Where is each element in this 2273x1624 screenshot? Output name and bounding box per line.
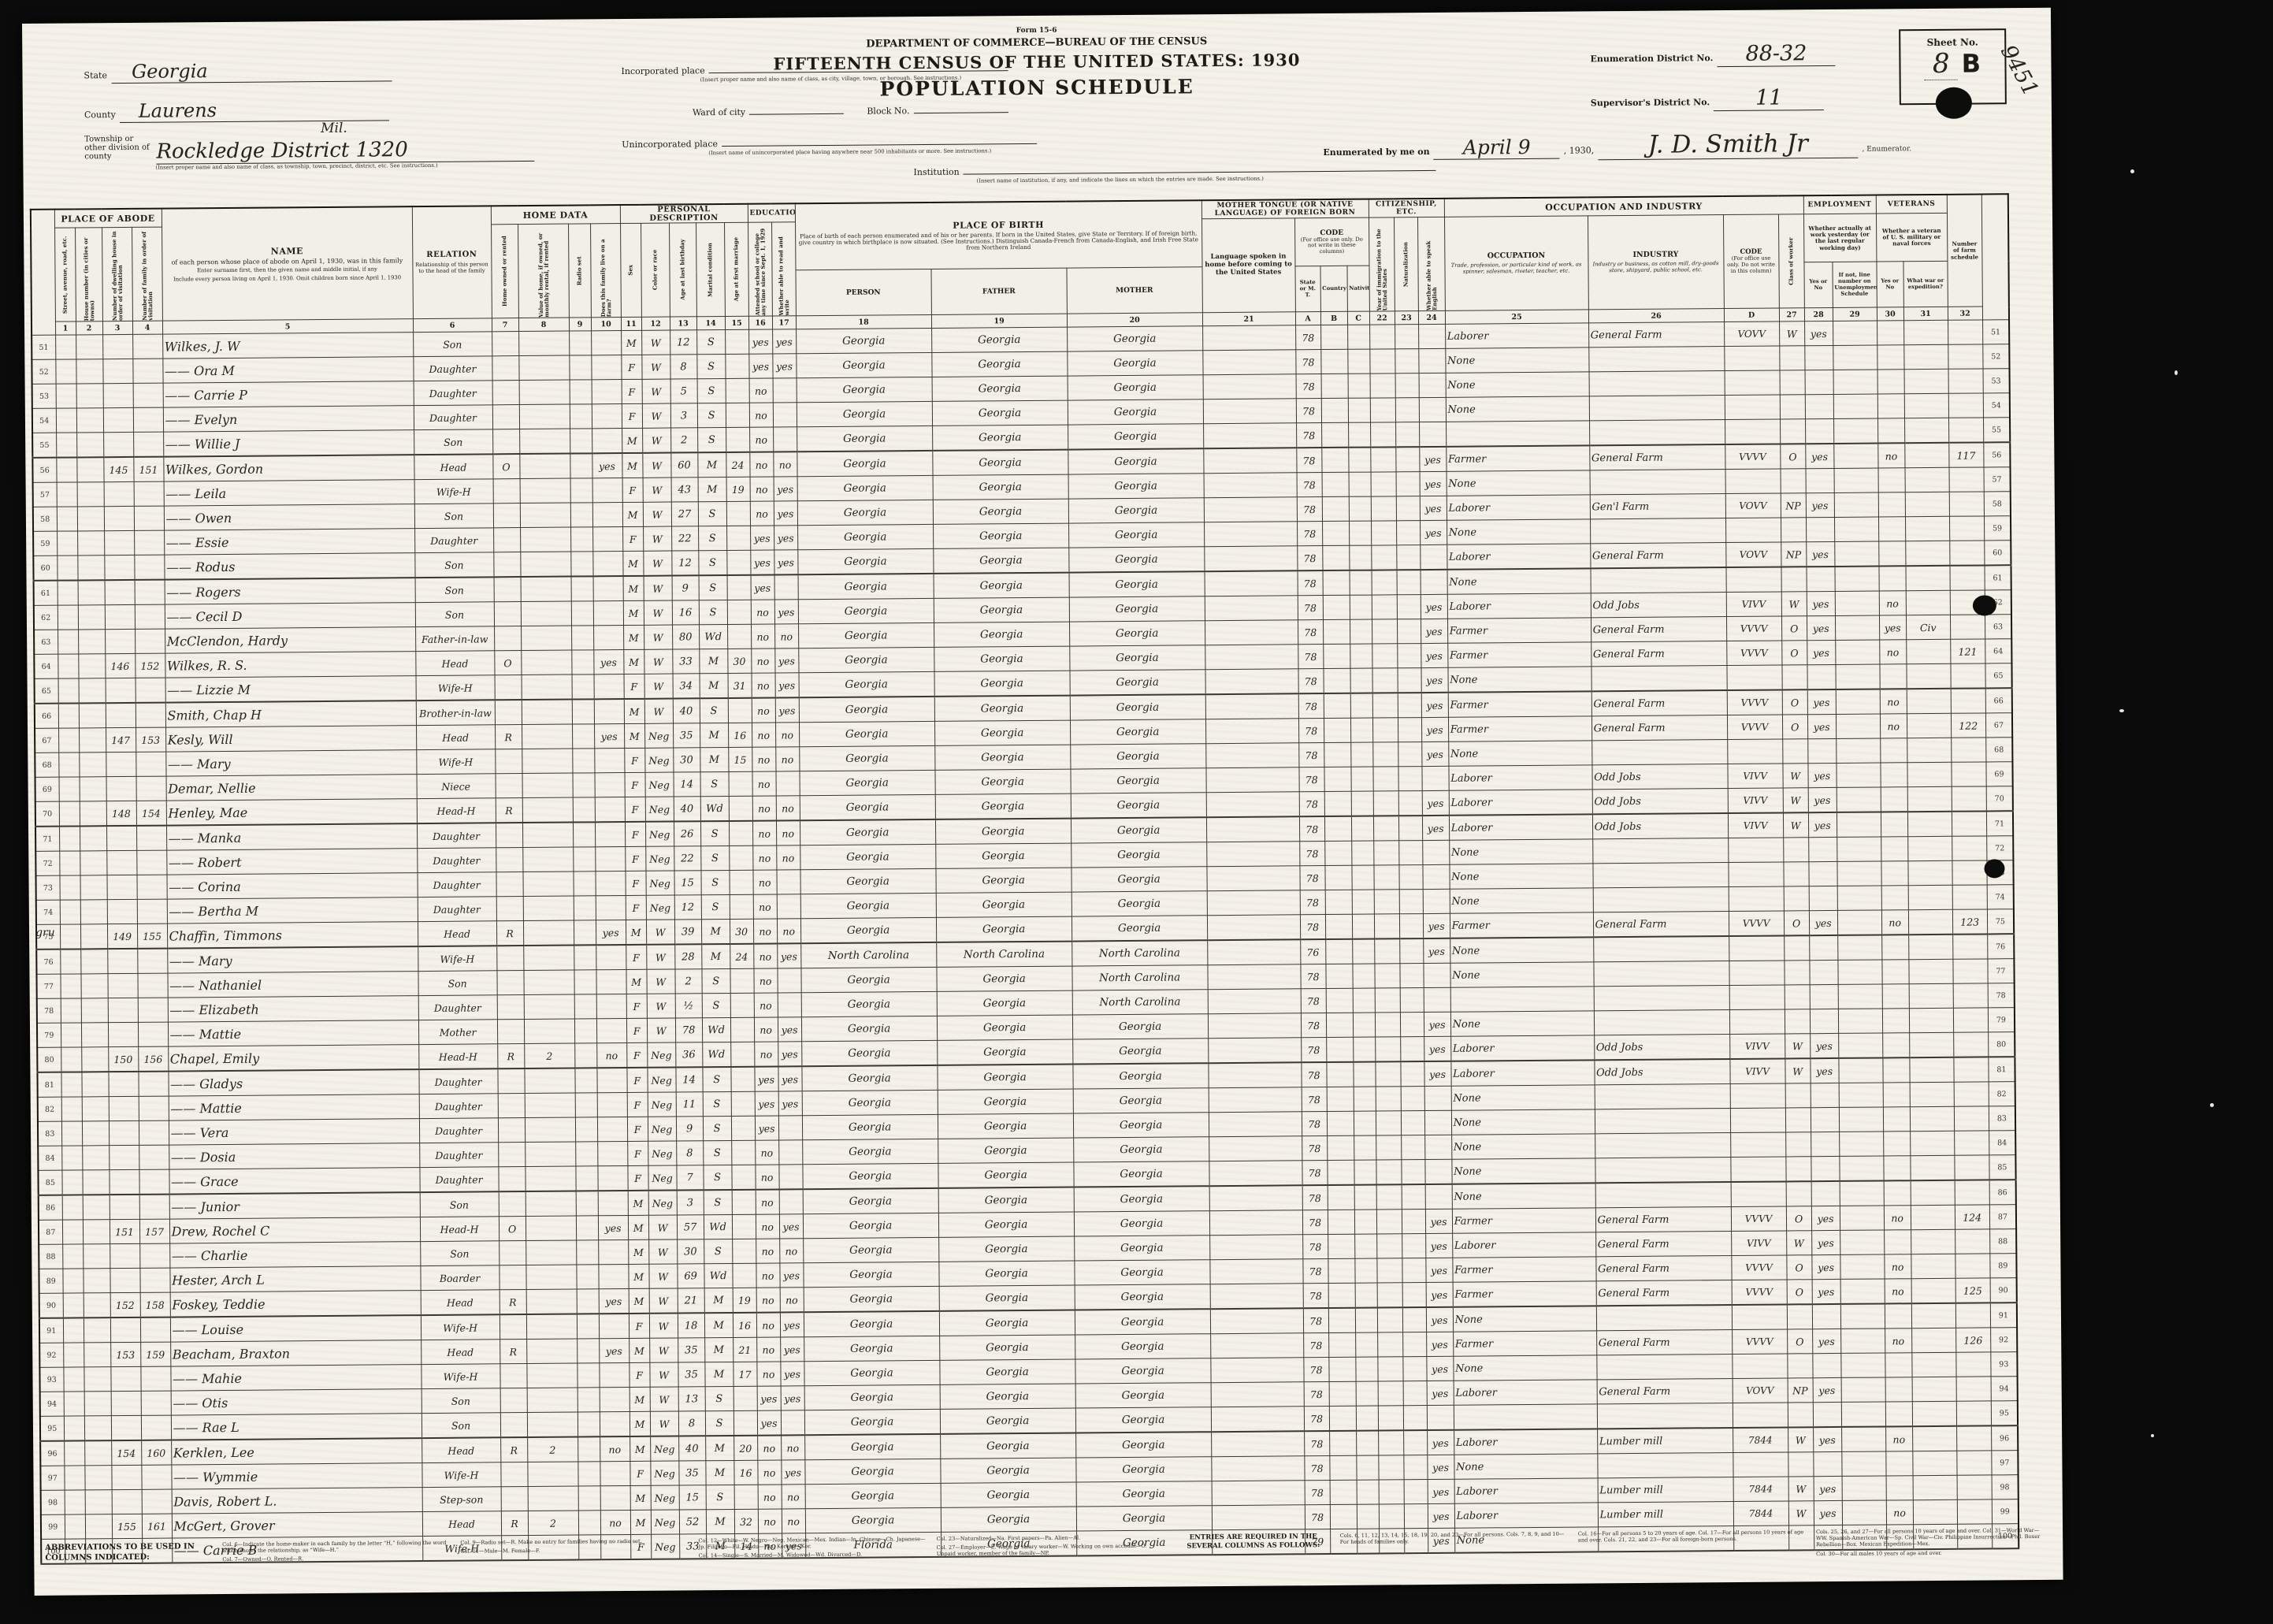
footer-block: Col. 9—Radio set—R. Make no entry for fa…	[460, 1537, 690, 1555]
cell-p20: Georgia	[1067, 326, 1202, 351]
cell-nm: Smith, Chap H	[165, 701, 416, 727]
cell-sx: M	[622, 428, 642, 453]
cell-cr: W	[648, 1264, 677, 1288]
cell-oc: None	[1450, 1011, 1594, 1036]
cell-cB	[1327, 1087, 1354, 1111]
cell-w27	[1779, 346, 1804, 370]
sheet-label: Sheet No.	[1900, 36, 2004, 48]
cell-sx: F	[629, 1314, 649, 1339]
cell-f32	[1952, 762, 1986, 786]
cell-cA: 78	[1302, 1235, 1328, 1259]
cell-w27	[1780, 419, 1805, 444]
column-number: C	[1347, 311, 1369, 325]
cell-w31	[1907, 738, 1951, 762]
cell-p19: Georgia	[935, 793, 1071, 819]
column-number: 27	[1779, 308, 1804, 321]
cell-s16: no	[751, 600, 774, 624]
cell-nm: Chapel, Emily	[168, 1045, 418, 1072]
cell-t21	[1210, 1358, 1303, 1383]
cell-v30	[1882, 960, 1909, 984]
cell-w31	[1904, 443, 1948, 468]
cell-am: 24	[726, 452, 749, 478]
cell-cC	[1355, 1283, 1377, 1308]
cell-f10: yes	[593, 650, 623, 674]
column-number: 29	[1833, 307, 1877, 321]
cell-v8: 2	[527, 1437, 578, 1462]
cell-oc: Farmer	[1447, 618, 1591, 643]
cell-s16: yes	[754, 1067, 778, 1092]
cell-n23	[1398, 816, 1422, 841]
cell-cB	[1329, 1381, 1356, 1406]
institution-line: Institution (Insert name of institution,…	[913, 158, 1512, 184]
cell-sx: M	[630, 1510, 651, 1534]
cell-v8	[522, 749, 572, 774]
cell-p20: Georgia	[1069, 596, 1205, 622]
cell-am	[731, 1165, 755, 1190]
cell-f10	[591, 331, 621, 355]
cell-p20: Georgia	[1068, 498, 1204, 523]
cell-ms: M	[704, 1313, 733, 1338]
cell-c2	[80, 801, 106, 827]
cell-o7	[499, 1241, 526, 1265]
cell-v8	[527, 1462, 578, 1487]
cell-n23	[1401, 1111, 1424, 1135]
cell-c4: 161	[142, 1514, 172, 1538]
cell-cr: W	[642, 403, 670, 428]
cell-p20: Georgia	[1076, 1506, 1212, 1531]
cell-ag: 15	[674, 871, 701, 895]
cell-c4: 153	[136, 727, 165, 752]
cell-r9	[574, 1019, 596, 1043]
cell-cr: W	[643, 551, 671, 576]
cell-am: 16	[734, 1460, 757, 1485]
cell-ms: S	[702, 1067, 730, 1092]
ward-block-line: Ward of city Block No.	[693, 101, 1008, 118]
cell-f32	[1948, 344, 1982, 369]
cell-v30	[1877, 418, 1904, 444]
line-number: 70	[35, 801, 59, 827]
cell-ms: Wd	[702, 1017, 730, 1042]
cell-t21	[1205, 743, 1298, 768]
cell-e24: yes	[1420, 496, 1447, 520]
enumerated-label: Enumerated by me on	[1323, 147, 1429, 158]
cell-sx: F	[622, 403, 642, 428]
cell-w27: W	[1785, 1058, 1810, 1083]
cell-c4: 152	[135, 653, 165, 678]
cell-c2	[81, 1023, 108, 1047]
cell-f10: yes	[598, 1216, 628, 1240]
cell-u29	[1839, 1107, 1883, 1132]
cell-ag: 8	[678, 1411, 705, 1436]
cell-oc: Laborer	[1450, 1060, 1594, 1086]
cell-e28: yes	[1806, 541, 1834, 567]
cell-p19: Georgia	[938, 1089, 1073, 1114]
cell-t21	[1211, 1431, 1304, 1456]
line-number: 53	[1983, 369, 2010, 393]
cell-v8	[519, 429, 570, 454]
cell-am	[734, 1485, 758, 1509]
line-number: 77	[1988, 959, 2015, 983]
cell-p19: Georgia	[932, 450, 1068, 476]
cell-e24	[1427, 1405, 1454, 1430]
cell-ag: 27	[671, 502, 698, 526]
cell-e28: yes	[1813, 1427, 1841, 1452]
cell-s16: yes	[757, 1410, 781, 1436]
cell-cB	[1320, 349, 1347, 373]
cell-p20: Georgia	[1074, 1236, 1209, 1261]
cell-e28	[1807, 664, 1836, 689]
cell-ms: S	[700, 771, 729, 796]
cell-c4	[136, 678, 165, 703]
cell-nm: —— Mahie	[170, 1365, 421, 1391]
cell-u29	[1836, 738, 1880, 763]
line-number: 67	[1985, 713, 2012, 738]
cell-o7	[492, 356, 518, 381]
cell-p19: Georgia	[937, 990, 1072, 1016]
cell-nm: —— Ora M	[162, 357, 413, 383]
cell-ms: S	[699, 575, 727, 600]
cell-u29	[1833, 321, 1877, 345]
cell-p19: Georgia	[932, 400, 1068, 426]
cell-p19: Georgia	[933, 523, 1068, 548]
cell-cB	[1325, 914, 1352, 939]
veterans-note-header: Whether a veteran of U. S. military or n…	[1876, 213, 1947, 262]
cell-c1	[57, 507, 77, 531]
cell-sx: F	[626, 895, 646, 920]
col15-header: Age at first marriage	[724, 222, 748, 316]
cell-c4	[137, 899, 167, 923]
cell-w31	[1912, 1377, 1956, 1401]
cell-u29	[1834, 468, 1878, 492]
cell-in: Odd Jobs	[1594, 1035, 1729, 1061]
cell-u29	[1839, 1083, 1883, 1107]
cell-rw: no	[773, 452, 797, 477]
scan-speck	[2175, 370, 2178, 375]
col31-header: What war or expedition?	[1903, 262, 1948, 307]
cell-cA: 78	[1302, 1087, 1327, 1112]
line-number: 83	[1989, 1106, 2015, 1131]
cell-cA: 78	[1302, 1112, 1327, 1136]
cell-v8	[522, 674, 572, 700]
cell-w31	[1907, 812, 1952, 837]
cell-u29	[1837, 886, 1881, 910]
cell-t21	[1209, 1062, 1302, 1087]
cell-r9	[574, 871, 596, 896]
cell-ag: 35	[678, 1461, 705, 1485]
cell-p20: Georgia	[1072, 916, 1207, 942]
cell-f10: yes	[592, 453, 622, 478]
cell-u29	[1841, 1451, 1885, 1476]
cell-f10	[595, 773, 625, 797]
cell-sx: F	[622, 379, 642, 403]
cell-ms: M	[706, 1509, 734, 1533]
cell-c3	[110, 1268, 139, 1292]
cell-f32: 124	[1955, 1205, 1989, 1229]
cell-c2	[84, 1466, 111, 1490]
cell-i22	[1372, 668, 1398, 693]
cell-rel: Niece	[417, 774, 496, 799]
cell-o7: R	[500, 1290, 526, 1315]
cell-cr: Neg	[645, 822, 674, 847]
cell-w31	[1910, 1131, 1954, 1155]
cell-sx: M	[630, 1485, 651, 1510]
cell-s16: yes	[751, 575, 774, 600]
cell-n23	[1396, 496, 1420, 521]
cell-cr: Neg	[645, 846, 674, 871]
cell-i22	[1375, 988, 1400, 1013]
cell-rel: Head	[422, 1511, 501, 1537]
cell-oc: Laborer	[1449, 765, 1592, 790]
cell-s16: no	[753, 919, 777, 944]
cell-p19: Georgia	[933, 474, 1068, 500]
cell-c3	[106, 703, 136, 728]
cell-w27: NP	[1781, 493, 1806, 518]
cell-i22	[1375, 1061, 1400, 1087]
cell-w31	[1913, 1500, 1957, 1524]
cell-p20: Georgia	[1074, 1260, 1209, 1285]
cell-cD	[1732, 1354, 1787, 1379]
cell-u29	[1836, 664, 1880, 689]
cell-w27	[1780, 395, 1805, 419]
cell-e28	[1805, 370, 1833, 394]
cell-w27: W	[1779, 321, 1804, 346]
cell-cA: 78	[1298, 620, 1323, 645]
cell-w31	[1909, 959, 1953, 983]
census-sheet: Form 15-6 DEPARTMENT OF COMMERCE—BUREAU …	[22, 8, 2063, 1596]
cell-nm: —— Cecil D	[165, 603, 415, 629]
cell-c3	[111, 1391, 141, 1415]
cell-cC	[1353, 1013, 1375, 1037]
cell-in	[1595, 1133, 1730, 1158]
line-number: 76	[36, 950, 60, 975]
cell-am	[727, 600, 751, 624]
cell-n23	[1400, 988, 1424, 1013]
line-number: 52	[1982, 344, 2009, 369]
cell-c4: 160	[141, 1440, 171, 1466]
cell-p20: Georgia	[1067, 351, 1202, 376]
cell-cD	[1725, 469, 1781, 494]
cell-ms: M	[698, 477, 726, 501]
cell-ms: S	[703, 1091, 731, 1116]
cell-w31	[1907, 836, 1952, 860]
line-number: 78	[37, 998, 61, 1023]
cell-n23	[1398, 791, 1422, 816]
cell-ag: 14	[674, 772, 700, 797]
cell-c3: 151	[110, 1219, 139, 1243]
cell-nm: —— Wymmie	[171, 1463, 422, 1489]
col21-header: Language spoken in home before coming to…	[1201, 218, 1295, 313]
cell-c1	[58, 630, 78, 654]
cell-n23	[1403, 1430, 1427, 1455]
col1-header: Street, avenue, road, etc.	[54, 228, 76, 321]
cell-cA: 78	[1297, 473, 1322, 497]
line-number: 91	[1990, 1303, 2017, 1328]
cell-i22	[1374, 865, 1399, 890]
cell-p18: Georgia	[804, 1409, 940, 1435]
cell-ms: M	[704, 1362, 733, 1386]
cell-p19: Georgia	[937, 1039, 1072, 1065]
cell-i22	[1372, 693, 1398, 718]
cell-f32	[1954, 1131, 1989, 1155]
cell-v8: 2	[524, 1043, 574, 1068]
cell-w31	[1911, 1205, 1955, 1229]
cell-f32	[1951, 688, 1985, 713]
cell-rel: Head	[416, 725, 495, 750]
line-number: 55	[1983, 418, 2010, 443]
cell-e28: yes	[1806, 492, 1834, 517]
cell-w27: O	[1782, 715, 1807, 739]
cell-p19: Georgia	[934, 573, 1069, 599]
cell-sx: F	[625, 797, 645, 822]
cell-p19: Georgia	[933, 499, 1068, 524]
cell-s16: no	[752, 771, 776, 796]
cell-rel: Head-H	[420, 1217, 499, 1242]
cell-i22	[1377, 1357, 1402, 1381]
cell-rel: Step-son	[422, 1487, 501, 1512]
cell-u29	[1837, 787, 1881, 812]
cell-ag: 40	[674, 797, 700, 822]
cell-f32	[1949, 516, 1984, 541]
cell-n23	[1400, 1013, 1424, 1037]
cell-am	[729, 845, 752, 870]
cell-rw: yes	[781, 1386, 804, 1410]
cell-cD: VIVV	[1729, 1034, 1785, 1059]
cell-rel: Wife-H	[416, 749, 495, 775]
cell-p18: Georgia	[799, 697, 934, 723]
cell-cD	[1730, 1132, 1785, 1158]
cell-in: Odd Jobs	[1592, 789, 1728, 815]
cell-c3: 152	[110, 1292, 140, 1317]
cell-ms: M	[700, 747, 728, 771]
cell-o7	[493, 504, 520, 528]
col12-header: Color or race	[641, 223, 670, 317]
abbrev-title: ABBREVIATIONS TO BE USED IN COLUMNS INDI…	[45, 1541, 214, 1563]
cell-i22	[1369, 325, 1395, 349]
cell-c2	[82, 1170, 109, 1195]
cell-v30: no	[1886, 1500, 1913, 1525]
cell-o7	[492, 405, 519, 429]
cell-e24	[1418, 348, 1445, 373]
cell-cC	[1350, 619, 1372, 644]
cell-cA: 78	[1296, 374, 1321, 399]
cell-w31	[1909, 1008, 1953, 1032]
cell-p19: Georgia	[937, 966, 1072, 991]
cell-i22	[1371, 496, 1396, 521]
cell-c4: 154	[136, 801, 166, 826]
cell-cA: 78	[1300, 890, 1325, 915]
cell-rel: Brother-in-law	[416, 700, 495, 725]
cell-r9	[578, 1436, 600, 1462]
cell-ag: 9	[676, 1117, 703, 1141]
cell-sx: F	[625, 822, 645, 847]
cell-cr: Neg	[651, 1510, 679, 1534]
cell-p18: Georgia	[800, 893, 936, 918]
cell-f32	[1957, 1500, 1992, 1524]
cell-cA: 78	[1304, 1431, 1329, 1456]
cell-ag: 34	[673, 674, 700, 699]
department-title: DEPARTMENT OF COMMERCE—BUREAU OF THE CEN…	[773, 35, 1300, 50]
cell-am	[726, 427, 749, 452]
cell-oc: Laborer	[1447, 495, 1590, 520]
cell-rw: no	[780, 1288, 804, 1313]
cell-w31	[1910, 1106, 1954, 1131]
cell-ag: 12	[671, 551, 698, 576]
cell-w31	[1904, 393, 1948, 418]
cell-am	[727, 575, 751, 600]
cell-cD	[1728, 838, 1783, 863]
cell-f10	[600, 1411, 630, 1436]
cell-sx: M	[624, 723, 644, 748]
cell-v30: no	[1885, 1279, 1911, 1304]
cell-p18: Georgia	[797, 475, 933, 500]
cell-c2	[83, 1195, 110, 1220]
cell-v30	[1882, 1033, 1909, 1058]
cell-c2	[80, 974, 107, 998]
cell-am	[732, 1214, 756, 1239]
col28-header: Yes or No	[1804, 262, 1833, 308]
cell-ms: S	[699, 600, 727, 624]
cell-sx: M	[622, 551, 643, 576]
col3-header: Number of dwelling house in order of vis…	[102, 227, 132, 321]
cell-sx: F	[625, 772, 645, 797]
cell-n23	[1399, 865, 1423, 890]
cell-nm: —— Leila	[164, 480, 414, 506]
ink-blob	[1973, 595, 1996, 615]
cell-r9	[574, 920, 596, 946]
line-number: 59	[33, 531, 57, 556]
cell-ag: 18	[678, 1313, 704, 1338]
cell-sx: F	[627, 1165, 648, 1191]
cell-p19: Georgia	[931, 327, 1067, 352]
line-number: 95	[1991, 1401, 2018, 1426]
cell-rel: Daughter	[418, 1068, 497, 1094]
cell-cB	[1330, 1504, 1357, 1529]
line-number: 83	[38, 1121, 61, 1146]
cell-rw: no	[781, 1435, 804, 1460]
line-number: 85	[38, 1170, 61, 1195]
cell-t21	[1205, 645, 1298, 670]
cell-p19: Georgia	[938, 1212, 1074, 1237]
cell-n23	[1400, 964, 1424, 988]
cell-c2	[77, 507, 104, 531]
cell-e28	[1808, 837, 1837, 861]
cell-in	[1596, 1305, 1732, 1331]
column-number: 8	[518, 318, 569, 332]
cell-c4	[137, 973, 167, 998]
cell-o7: R	[496, 798, 522, 823]
cell-v8	[524, 994, 574, 1020]
cell-cA: 78	[1303, 1358, 1328, 1382]
cell-f32: 121	[1950, 639, 1985, 663]
pob-father-header: FATHER	[931, 269, 1067, 315]
cell-cC	[1356, 1406, 1378, 1431]
cell-cA: 78	[1298, 596, 1323, 620]
cell-r9	[578, 1462, 600, 1486]
cell-f32	[1953, 959, 1988, 983]
cell-rw	[773, 378, 797, 403]
cell-v8	[527, 1412, 578, 1437]
incorporated-label: Incorporated place	[621, 65, 704, 76]
cell-f32	[1954, 1082, 1989, 1106]
cell-o7	[492, 429, 519, 455]
cell-in	[1591, 740, 1727, 765]
cell-n23	[1398, 767, 1422, 791]
cell-p18: Georgia	[797, 426, 932, 452]
cell-f10	[592, 429, 622, 454]
cell-p18: Georgia	[805, 1483, 941, 1508]
cell-o7: R	[501, 1511, 528, 1536]
cell-e24	[1424, 1135, 1451, 1159]
